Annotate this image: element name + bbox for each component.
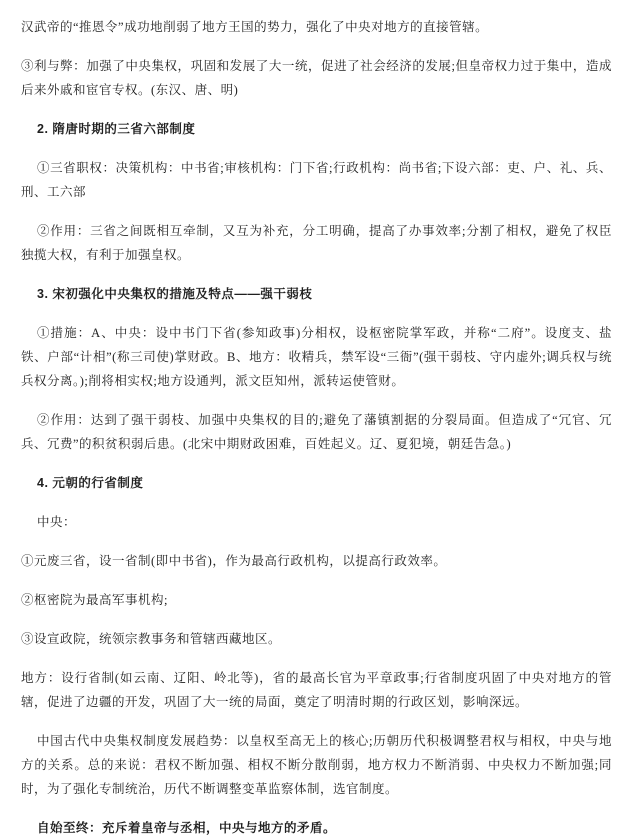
paragraph-three-departments-duties: ①三省职权：决策机构：中书省;审核机构：门下省;行政机构：尚书省;下设六部：吏、… [21,156,612,204]
document-page: 汉武帝的“推恩令”成功地削弱了地方王国的势力，强化了中央对地方的直接管辖。 ③利… [0,0,636,839]
paragraph-pros-cons: ③利与弊：加强了中央集权，巩固和发展了大一统，促进了社会经济的发展;但皇帝权力过… [21,54,612,102]
section-heading-yuan: 4. 元朝的行省制度 [21,471,612,495]
paragraph-yuan-local: 地方：设行省制(如云南、辽阳、岭北等)，省的最高长官为平章政事;行省制度巩固了中… [21,666,612,714]
paragraph-hanwudi-tuienling: 汉武帝的“推恩令”成功地削弱了地方王国的势力，强化了中央对地方的直接管辖。 [21,15,612,39]
paragraph-song-measures: ①措施：A、中央：设中书门下省(参知政事)分相权，设枢密院掌军政，并称“二府”。… [21,321,612,393]
section-heading-sui-tang: 2. 隋唐时期的三省六部制度 [21,117,612,141]
paragraph-yuan-central-label: 中央： [21,510,612,534]
paragraph-yuan-military: ②枢密院为最高军事机构; [21,588,612,612]
paragraph-development-trend: 中国古代中央集权制度发展趋势：以皇权至高无上的核心;历朝历代积极调整君权与相权，… [21,729,612,801]
paragraph-yuan-xuanzhengyuan: ③设宣政院，统领宗教事务和管辖西藏地区。 [21,627,612,651]
paragraph-conclusion: 自始至终：充斥着皇帝与丞相，中央与地方的矛盾。 [21,816,612,839]
paragraph-yuan-one-province: ①元废三省，设一省制(即中书省)，作为最高行政机构，以提高行政效率。 [21,549,612,573]
section-heading-song: 3. 宋初强化中央集权的措施及特点——强干弱枝 [21,282,612,306]
paragraph-three-departments-effect: ②作用：三省之间既相互牵制，又互为补充，分工明确，提高了办事效率;分割了相权，避… [21,219,612,267]
paragraph-song-effect: ②作用：达到了强干弱枝、加强中央集权的目的;避免了藩镇割据的分裂局面。但造成了“… [21,408,612,456]
